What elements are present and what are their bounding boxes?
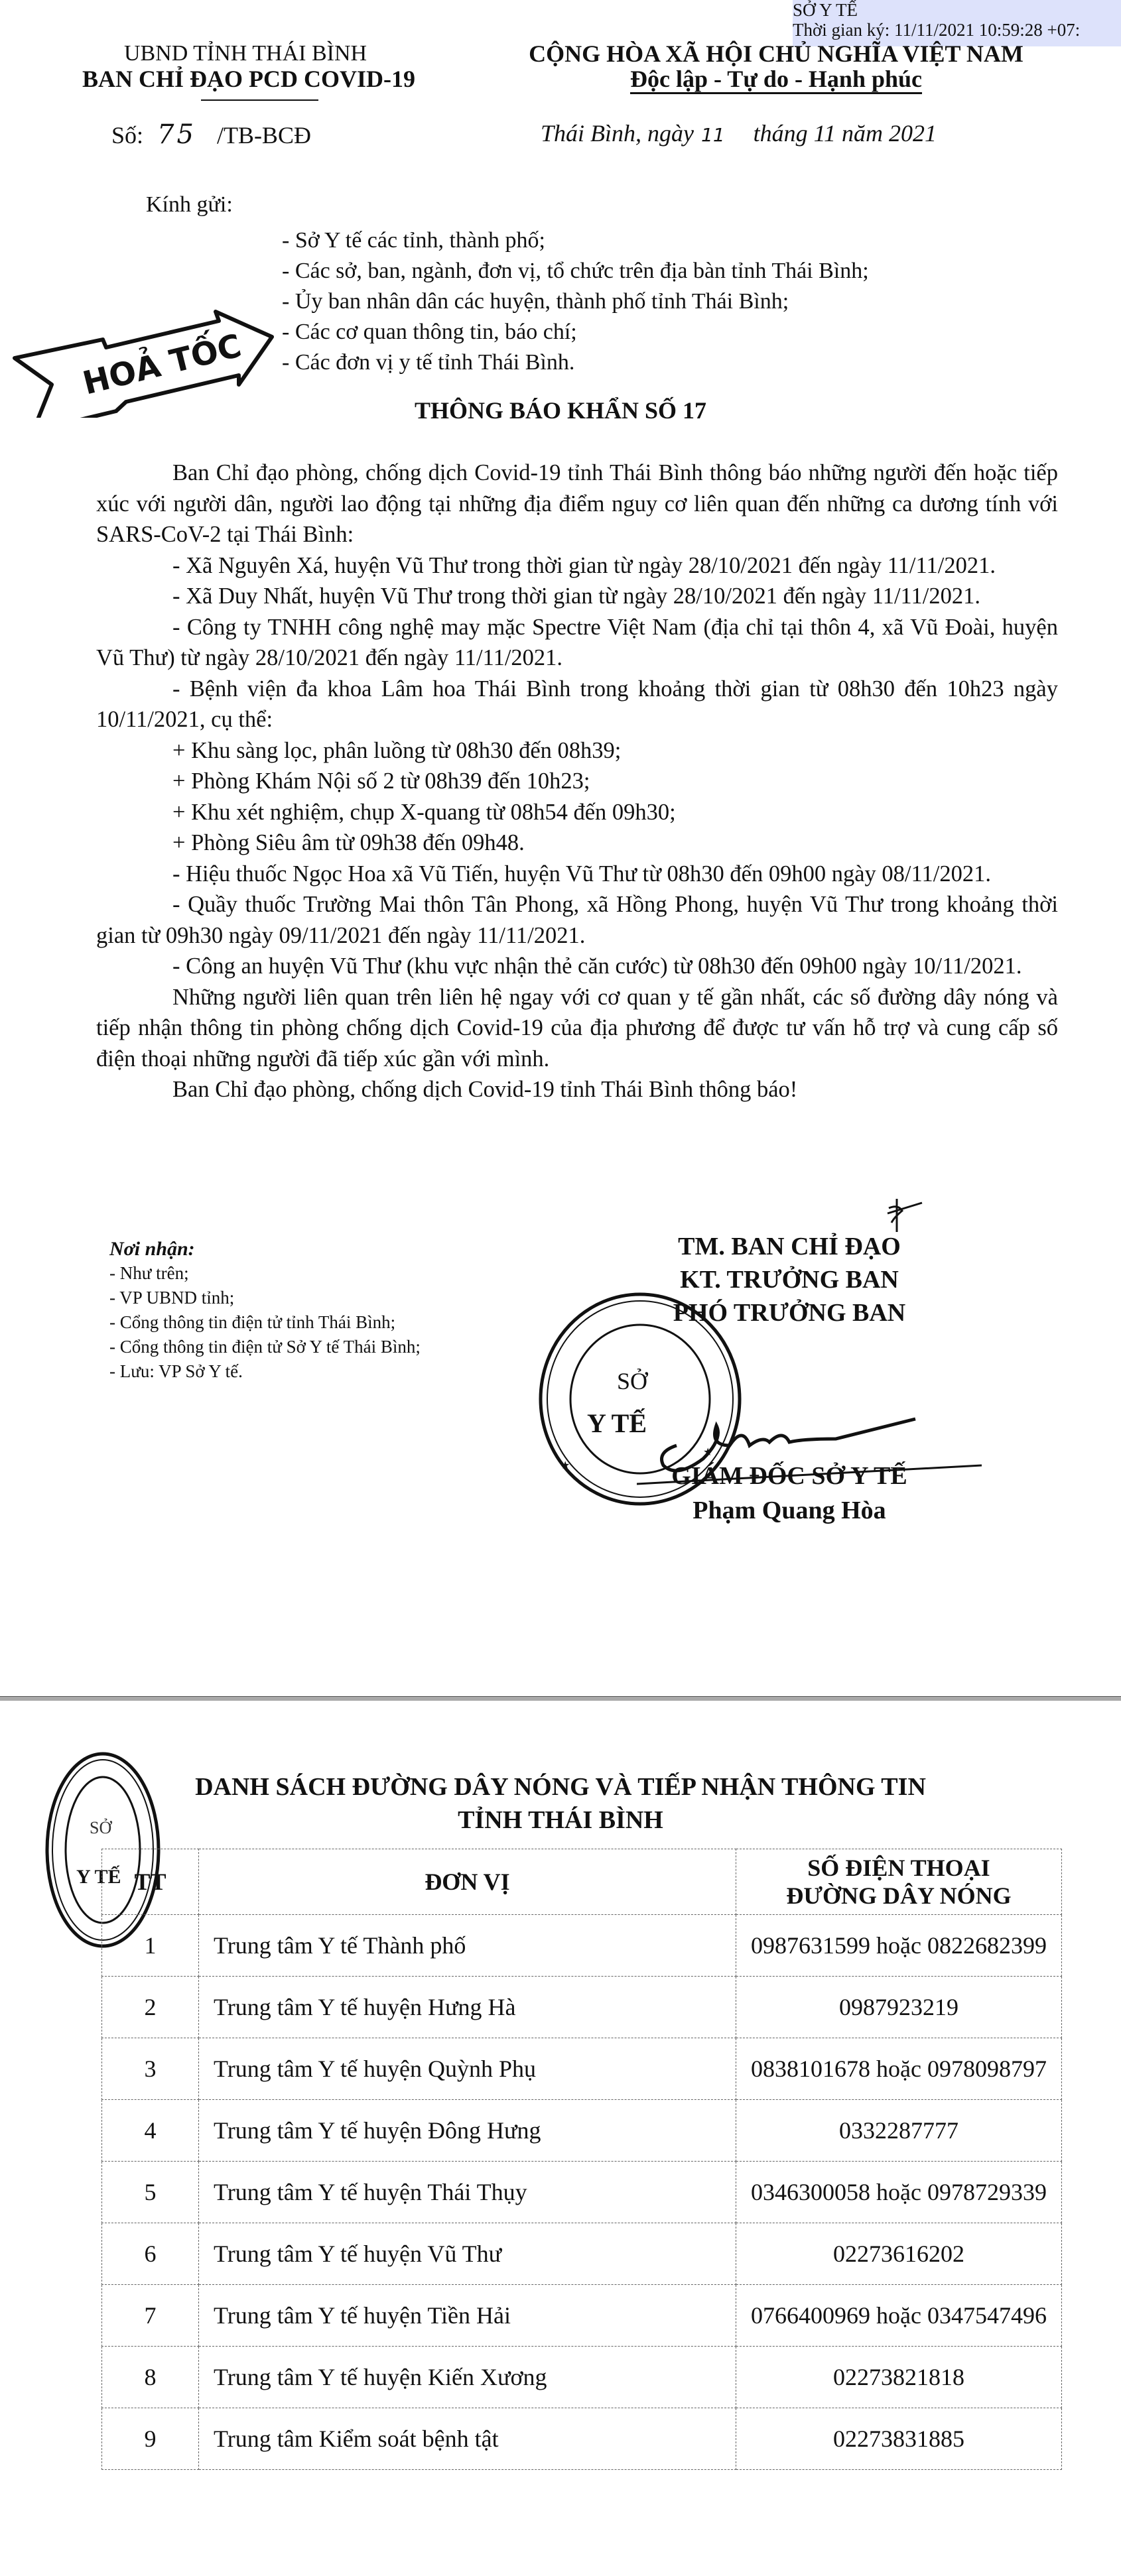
document-page-2: SỞ Y TẾ DANH SÁCH ĐƯỜNG DÂY NÓNG VÀ TIẾP… [0, 1701, 1121, 2576]
recipient-item: - Sở Y tế các tỉnh, thành phố; [282, 225, 869, 256]
phone-header-line-1: SỐ ĐIỆN THOẠI [736, 1854, 1061, 1882]
hotline-table: TT ĐƠN VỊ SỐ ĐIỆN THOẠI ĐƯỜNG DÂY NÓNG 1… [101, 1849, 1062, 2470]
row-number: 5 [102, 2162, 199, 2223]
phone-header-line-2: ĐƯỜNG DÂY NÓNG [736, 1882, 1061, 1910]
notice-body: Ban Chỉ đạo phòng, chống dịch Covid-19 t… [96, 458, 1058, 1105]
notice-intro: Ban Chỉ đạo phòng, chống dịch Covid-19 t… [96, 458, 1058, 550]
table-row: 4Trung tâm Y tế huyện Đông Hưng033228777… [102, 2100, 1062, 2162]
recipient-item: - Ủy ban nhân dân các huyện, thành phố t… [282, 286, 869, 317]
row-phone: 02273821818 [736, 2347, 1062, 2408]
recipient-item: - Các cơ quan thông tin, báo chí; [282, 317, 869, 347]
day-handwritten: 11 [700, 124, 748, 146]
table-header-row: TT ĐƠN VỊ SỐ ĐIỆN THOẠI ĐƯỜNG DÂY NÓNG [102, 1849, 1062, 1915]
column-header-no: TT [102, 1849, 199, 1915]
document-number: Số: 75 /TB-BCĐ [111, 119, 311, 150]
row-number: 3 [102, 2038, 199, 2100]
table-row: 6Trung tâm Y tế huyện Vũ Thư02273616202 [102, 2223, 1062, 2285]
row-unit: Trung tâm Y tế huyện Đông Hưng [199, 2100, 736, 2162]
column-header-phone: SỐ ĐIỆN THOẠI ĐƯỜNG DÂY NÓNG [736, 1849, 1062, 1915]
place-prefix: Thái Bình, ngày [541, 120, 694, 147]
row-number: 4 [102, 2100, 199, 2162]
signer-name: SỞ Y TẾ [793, 0, 1121, 20]
row-phone: 0987923219 [736, 1977, 1062, 2038]
doc-number-suffix: /TB-BCĐ [217, 122, 311, 149]
recipient-item: - Các sở, ban, ngành, đơn vị, tổ chức tr… [282, 256, 869, 286]
date-suffix: tháng 11 năm 2021 [754, 120, 937, 147]
table-row: 5Trung tâm Y tế huyện Thái Thụy034630005… [102, 2162, 1062, 2223]
location-item: - Xã Duy Nhất, huyện Vũ Thư trong thời g… [96, 581, 1058, 612]
recipients-list: - Sở Y tế các tỉnh, thành phố; - Các sở,… [282, 225, 869, 378]
row-unit: Trung tâm Kiểm soát bệnh tật [199, 2408, 736, 2470]
row-number: 2 [102, 1977, 199, 2038]
org-underline [201, 99, 318, 101]
table-row: 2Trung tâm Y tế huyện Hưng Hà0987923219 [102, 1977, 1062, 2038]
location-item: - Xã Nguyên Xá, huyện Vũ Thư trong thời … [96, 550, 1058, 582]
signatory-name: Phạm Quang Hòa [584, 1493, 995, 1528]
doc-number-label: Số: [111, 122, 143, 149]
distribution-item: - Lưu: VP Sở Y tế. [109, 1359, 421, 1384]
distribution-item: - Cổng thông tin điện tử tỉnh Thái Bình; [109, 1310, 421, 1335]
hotline-title-line-1: DANH SÁCH ĐƯỜNG DÂY NÓNG VÀ TIẾP NHẬN TH… [106, 1770, 1015, 1804]
hotline-list-title: DANH SÁCH ĐƯỜNG DÂY NÓNG VÀ TIẾP NHẬN TH… [106, 1770, 1015, 1837]
signatory-name-block: GIÁM ĐỐC SỞ Y TẾ Phạm Quang Hòa [584, 1459, 995, 1528]
notice-title: THÔNG BÁO KHẨN SỐ 17 [0, 397, 1121, 424]
location-item: - Công an huyện Vũ Thư (khu vực nhận thẻ… [96, 951, 1058, 982]
location-item: - Hiệu thuốc Ngọc Hoa xã Vũ Tiến, huyện … [96, 859, 1058, 890]
signatory-title: GIÁM ĐỐC SỞ Y TẾ [584, 1459, 995, 1493]
distribution-label: Nơi nhận: [109, 1237, 421, 1261]
row-number: 6 [102, 2223, 199, 2285]
hospital-detail: + Phòng Siêu âm từ 09h38 đến 09h48. [96, 828, 1058, 859]
handwritten-initial-icon [882, 1194, 929, 1233]
row-phone: 0766400969 hoặc 0347547496 [736, 2285, 1062, 2347]
hospital-detail: + Khu xét nghiệm, chụp X-quang từ 08h54 … [96, 797, 1058, 828]
table-row: 1Trung tâm Y tế Thành phố0987631599 hoặc… [102, 1915, 1062, 1977]
row-phone: 02273616202 [736, 2223, 1062, 2285]
row-unit: Trung tâm Y tế huyện Hưng Hà [199, 1977, 736, 2038]
nation-title: CỘNG HÒA XÃ HỘI CHỦ NGHĨA VIỆT NAM [504, 40, 1048, 68]
table-row: 7Trung tâm Y tế huyện Tiền Hải0766400969… [102, 2285, 1062, 2347]
recipient-item: - Các đơn vị y tế tỉnh Thái Bình. [282, 347, 869, 378]
row-phone: 02273831885 [736, 2408, 1062, 2470]
row-unit: Trung tâm Y tế huyện Kiến Xương [199, 2347, 736, 2408]
location-item: - Công ty TNHH công nghệ may mặc Spectre… [96, 612, 1058, 674]
row-number: 8 [102, 2347, 199, 2408]
row-number: 7 [102, 2285, 199, 2347]
svg-text:★: ★ [560, 1459, 570, 1471]
signing-time: Thời gian ký: 11/11/2021 10:59:28 +07: [793, 20, 1121, 40]
place-and-date: Thái Bình, ngày 11 tháng 11 năm 2021 [541, 119, 937, 147]
hotline-title-line-2: TỈNH THÁI BÌNH [106, 1804, 1015, 1837]
row-unit: Trung tâm Y tế Thành phố [199, 1915, 736, 1977]
hospital-detail: + Phòng Khám Nội số 2 từ 08h39 đến 10h23… [96, 766, 1058, 797]
row-phone: 0346300058 hoặc 0978729339 [736, 2162, 1062, 2223]
location-item: - Quầy thuốc Trường Mai thôn Tân Phong, … [96, 889, 1058, 951]
distribution-list: Nơi nhận: - Như trên; - VP UBND tỉnh; - … [109, 1237, 421, 1384]
distribution-item: - Như trên; [109, 1261, 421, 1286]
distribution-item: - Cổng thông tin điện tử Sở Y tế Thái Bì… [109, 1335, 421, 1359]
closing-line: Ban Chỉ đạo phòng, chống dịch Covid-19 t… [96, 1074, 1058, 1105]
row-number: 1 [102, 1915, 199, 1977]
recipients-label: Kính gửi: [146, 192, 233, 217]
row-unit: Trung tâm Y tế huyện Tiền Hải [199, 2285, 736, 2347]
national-motto: Độc lập - Tự do - Hạnh phúc [504, 65, 1048, 93]
svg-text:SỞ: SỞ [617, 1368, 649, 1394]
row-unit: Trung tâm Y tế huyện Quỳnh Phụ [199, 2038, 736, 2100]
distribution-item: - VP UBND tỉnh; [109, 1286, 421, 1310]
row-unit: Trung tâm Y tế huyện Vũ Thư [199, 2223, 736, 2285]
row-phone: 0987631599 hoặc 0822682399 [736, 1915, 1062, 1977]
location-item: - Bệnh viện đa khoa Lâm hoa Thái Bình tr… [96, 674, 1058, 735]
instruction-paragraph: Những người liên quan trên liên hệ ngay … [96, 982, 1058, 1075]
doc-number-handwritten: 75 [149, 119, 211, 150]
hospital-detail: + Khu sàng lọc, phân luồng từ 08h30 đến … [96, 735, 1058, 767]
row-phone: 0838101678 hoặc 0978098797 [736, 2038, 1062, 2100]
signatory-line-1: TM. BAN CHỈ ĐẠO [584, 1230, 995, 1263]
row-unit: Trung tâm Y tế huyện Thái Thụy [199, 2162, 736, 2223]
table-row: 9Trung tâm Kiểm soát bệnh tật02273831885 [102, 2408, 1062, 2470]
document-page-1: SỞ Y TẾ Thời gian ký: 11/11/2021 10:59:2… [0, 0, 1121, 1651]
table-row: 3Trung tâm Y tế huyện Quỳnh Phụ083810167… [102, 2038, 1062, 2100]
org-parent: UBND TỈNH THÁI BÌNH [80, 41, 411, 66]
org-name: BAN CHỈ ĐẠO PCD COVID-19 [63, 65, 434, 93]
table-row: 8Trung tâm Y tế huyện Kiến Xương02273821… [102, 2347, 1062, 2408]
row-phone: 0332287777 [736, 2100, 1062, 2162]
row-number: 9 [102, 2408, 199, 2470]
column-header-unit: ĐƠN VỊ [199, 1849, 736, 1915]
